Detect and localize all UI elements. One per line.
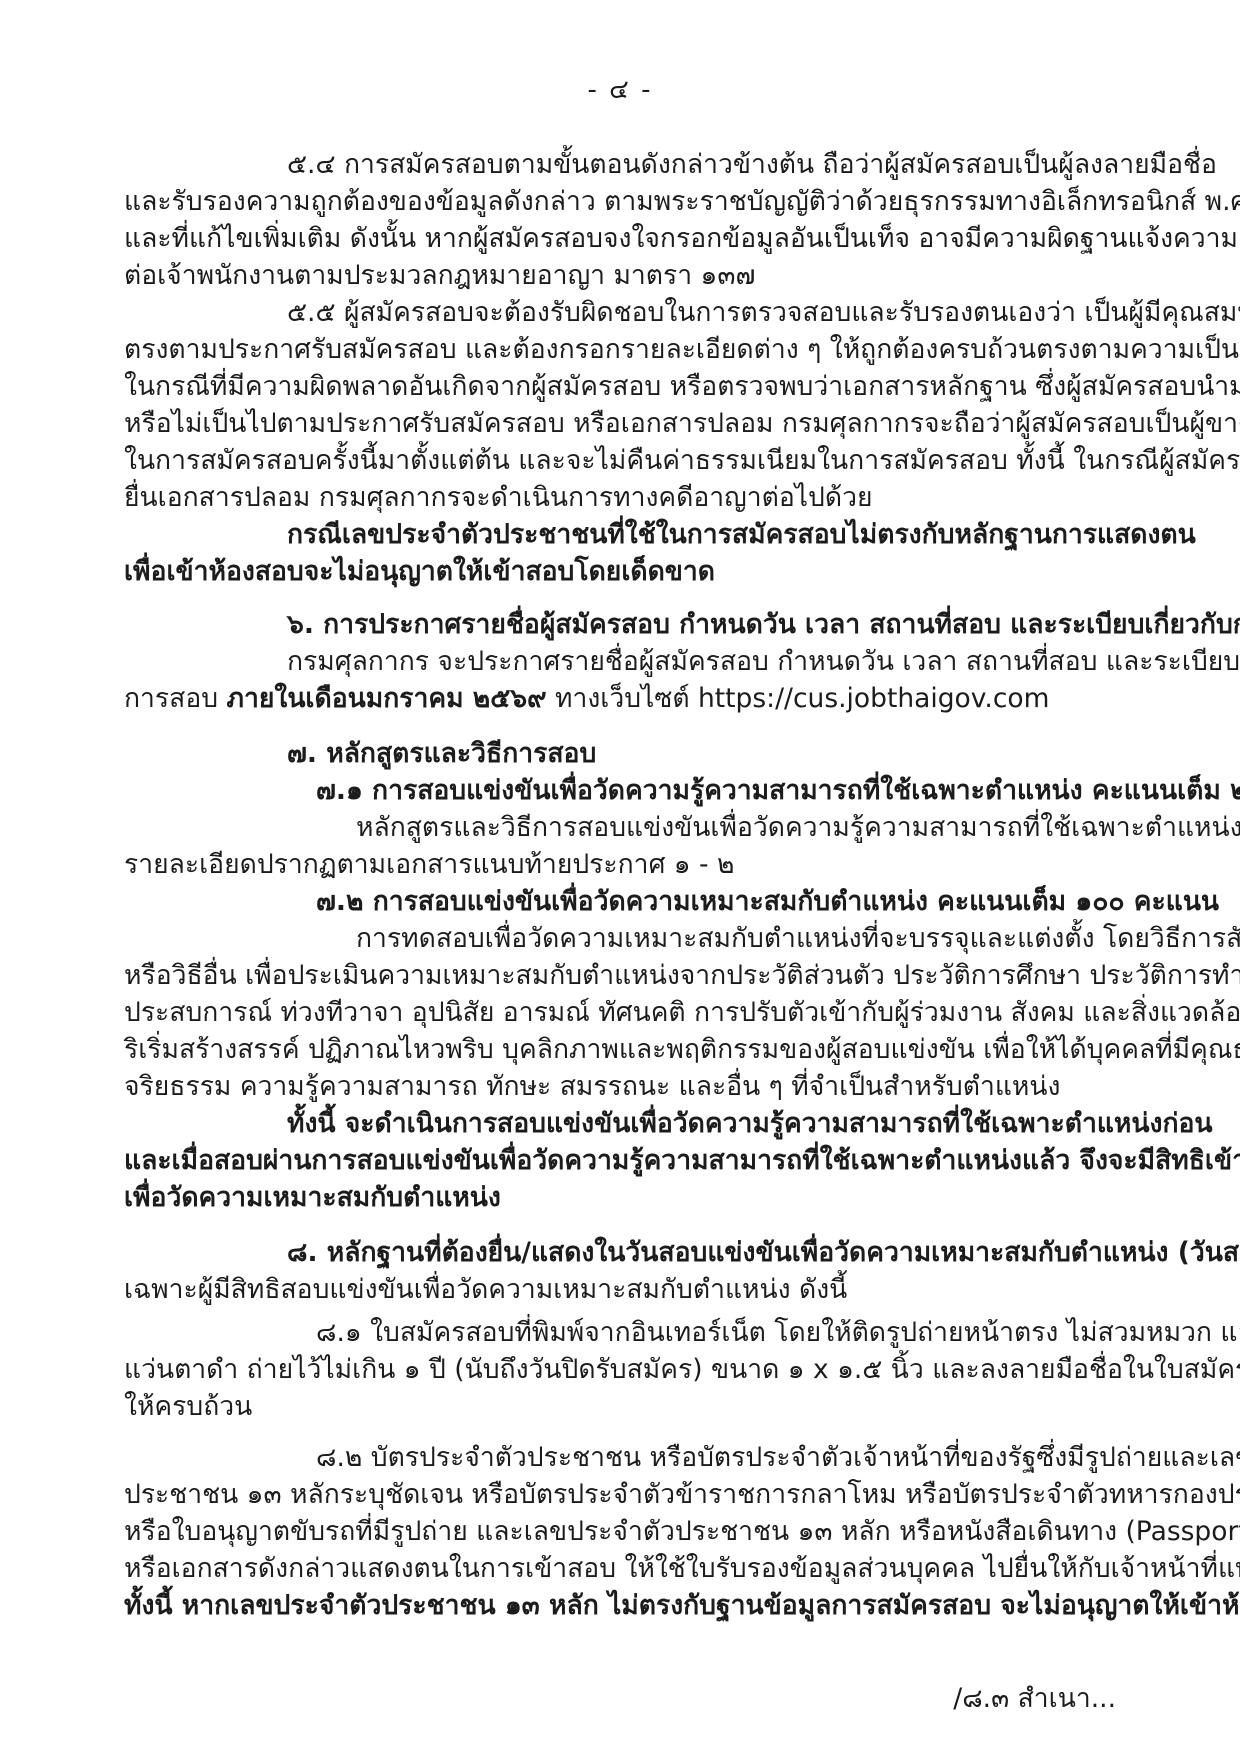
text-segment: หลักสูตรและวิธีการสอบแข่งขันเพื่อวัดความ… [356,812,1240,843]
document-line: ๕.๕ ผู้สมัครสอบจะต้องรับผิดชอบในการตรวจส… [124,294,1116,331]
document-line: ในการสมัครสอบครั้งนี้มาตั้งแต่ต้น และจะไ… [124,442,1116,479]
text-segment: ตรงตามประกาศรับสมัครสอบ และต้องกรอกรายละ… [124,334,1240,365]
document-content: - ๔ - ๕.๔ การสมัครสอบตามขั้นตอนดังกล่าวข… [0,0,1240,1624]
document-line: ทั้งนี้ หากเลขประจำตัวประชาชน ๑๓ หลัก ไม… [124,1587,1116,1624]
text-segment: ๖. การประกาศรายชื่อผู้สมัครสอบ กำหนดวัน … [287,609,1240,640]
text-segment: ประสบการณ์ ท่วงทีวาจา อุปนิสัย อารมณ์ ทั… [124,997,1240,1028]
document-line: ต่อเจ้าพนักงานตามประมวลกฎหมายอาญา มาตรา … [124,257,1116,294]
text-segment: ๕.๔ การสมัครสอบตามขั้นตอนดังกล่าวข้างต้น… [287,149,1217,180]
document-line: และที่แก้ไขเพิ่มเติม ดังนั้น หากผู้สมัคร… [124,220,1116,257]
text-segment: หรือเอกสารดังกล่าวแสดงตนในการเข้าสอบ ให้… [124,1553,1240,1584]
text-segment: หรือไม่เป็นไปตามประกาศรับสมัครสอบ หรือเอ… [124,408,1240,439]
text-segment: ภายในเดือนมกราคม ๒๕๖๙ [227,683,547,714]
document-line: เพื่อเข้าห้องสอบจะไม่อนุญาตให้เข้าสอบโดย… [124,553,1116,590]
document-line: ยื่นเอกสารปลอม กรมศุลกากรจะดำเนินการทางค… [124,479,1116,516]
text-segment: ในกรณีที่มีความผิดพลาดอันเกิดจากผู้สมัคร… [124,371,1240,402]
text-segment: ๘.๒ บัตรประจำตัวประชาชน หรือบัตรประจำตัว… [316,1442,1240,1473]
text-segment: ต่อเจ้าพนักงานตามประมวลกฎหมายอาญา มาตรา … [124,260,755,291]
document-body: ๕.๔ การสมัครสอบตามขั้นตอนดังกล่าวข้างต้น… [124,146,1116,1624]
document-line: ๘.๒ บัตรประจำตัวประชาชน หรือบัตรประจำตัว… [124,1439,1116,1476]
text-segment: ๘. หลักฐานที่ต้องยื่น/แสดงในวันสอบแข่งขั… [287,1237,1240,1268]
document-line: ให้ครบถ้วน [124,1388,1116,1425]
text-segment: รายละเอียดปรากฏตามเอกสารแนบท้ายประกาศ ๑ … [124,849,735,880]
document-line: ๘.๑ ใบสมัครสอบที่พิมพ์จากอินเทอร์เน็ต โด… [124,1314,1116,1351]
document-line: หลักสูตรและวิธีการสอบแข่งขันเพื่อวัดความ… [124,809,1116,846]
text-segment: ประชาชน ๑๓ หลักระบุชัดเจน หรือบัตรประจำต… [124,1479,1240,1510]
text-segment: แว่นตาดำ ถ่ายไว้ไม่เกิน ๑ ปี (นับถึงวันป… [124,1354,1240,1385]
document-line: จริยธรรม ความรู้ความสามารถ ทักษะ สมรรถนะ… [124,1068,1116,1105]
text-segment: กรมศุลกากร จะประกาศรายชื่อผู้สมัครสอบ กำ… [287,646,1240,677]
document-line: หรือใบอนุญาตขับรถที่มีรูปถ่าย และเลขประจ… [124,1513,1116,1550]
text-segment: และที่แก้ไขเพิ่มเติม ดังนั้น หากผู้สมัคร… [124,223,1240,254]
document-line: เฉพาะผู้มีสิทธิสอบแข่งขันเพื่อวัดความเหม… [124,1271,1116,1308]
text-segment: เพื่อเข้าห้องสอบจะไม่อนุญาตให้เข้าสอบโดย… [124,556,715,587]
text-segment: หรือวิธีอื่น เพื่อประเมินความเหมาะสมกับต… [124,960,1240,991]
text-segment: ๗.๑ การสอบแข่งขันเพื่อวัดความรู้ความสามา… [316,775,1240,806]
page-number: - ๔ - [124,70,1116,110]
document-line: การสอบ ภายในเดือนมกราคม ๒๕๖๙ ทางเว็บไซต์… [124,680,1116,717]
text-segment: การทดสอบเพื่อวัดความเหมาะสมกับตำแหน่งที่… [356,923,1240,954]
text-segment: ริเริ่มสร้างสรรค์ ปฏิภาณไหวพริบ บุคลิกภา… [124,1034,1240,1065]
document-line: หรือไม่เป็นไปตามประกาศรับสมัครสอบ หรือเอ… [124,405,1116,442]
text-segment: หรือใบอนุญาตขับรถที่มีรูปถ่าย และเลขประจ… [124,1516,1240,1547]
document-line: ประสบการณ์ ท่วงทีวาจา อุปนิสัย อารมณ์ ทั… [124,994,1116,1031]
text-segment: จริยธรรม ความรู้ความสามารถ ทักษะ สมรรถนะ… [124,1071,1060,1102]
text-segment: ๘.๑ ใบสมัครสอบที่พิมพ์จากอินเทอร์เน็ต โด… [316,1317,1240,1348]
website-url: https://cus.jobthaigov.com [698,683,1049,714]
document-line: ริเริ่มสร้างสรรค์ ปฏิภาณไหวพริบ บุคลิกภา… [124,1031,1116,1068]
text-segment: ทั้งนี้ จะดำเนินการสอบแข่งขันเพื่อวัดควา… [287,1108,1213,1139]
text-segment: ยื่นเอกสารปลอม กรมศุลกากรจะดำเนินการทางค… [124,482,873,513]
text-segment: กรณีเลขประจำตัวประชาชนที่ใช้ในการสมัครสอ… [287,519,1196,550]
document-line: ๕.๔ การสมัครสอบตามขั้นตอนดังกล่าวข้างต้น… [124,146,1116,183]
document-line: หรือเอกสารดังกล่าวแสดงตนในการเข้าสอบ ให้… [124,1550,1116,1587]
document-line: ประชาชน ๑๓ หลักระบุชัดเจน หรือบัตรประจำต… [124,1476,1116,1513]
text-segment: ๗.๒ การสอบแข่งขันเพื่อวัดความเหมาะสมกับต… [316,886,1219,917]
continuation-note: /๘.๓ สำเนา... [953,1682,1116,1716]
document-line: หรือวิธีอื่น เพื่อประเมินความเหมาะสมกับต… [124,957,1116,994]
document-page: - ๔ - ๕.๔ การสมัครสอบตามขั้นตอนดังกล่าวข… [0,0,1240,1754]
text-segment: การสอบ [124,683,227,714]
document-line: ๖. การประกาศรายชื่อผู้สมัครสอบ กำหนดวัน … [124,606,1116,643]
text-segment: ในการสมัครสอบครั้งนี้มาตั้งแต่ต้น และจะไ… [124,445,1240,476]
text-segment: และเมื่อสอบผ่านการสอบแข่งขันเพื่อวัดความ… [124,1145,1240,1176]
text-segment: เฉพาะผู้มีสิทธิสอบแข่งขันเพื่อวัดความเหม… [124,1274,847,1305]
document-line: การทดสอบเพื่อวัดความเหมาะสมกับตำแหน่งที่… [124,920,1116,957]
text-segment: ๕.๕ ผู้สมัครสอบจะต้องรับผิดชอบในการตรวจส… [287,297,1240,328]
document-line: ๗. หลักสูตรและวิธีการสอบ [124,735,1116,772]
document-line: กรมศุลกากร จะประกาศรายชื่อผู้สมัครสอบ กำ… [124,643,1116,680]
document-line: ๗.๑ การสอบแข่งขันเพื่อวัดความรู้ความสามา… [124,772,1116,809]
text-segment: ทางเว็บไซต์ [547,683,698,714]
document-line: เพื่อวัดความเหมาะสมกับตำแหน่ง [124,1179,1116,1216]
document-line: ๗.๒ การสอบแข่งขันเพื่อวัดความเหมาะสมกับต… [124,883,1116,920]
document-line: ตรงตามประกาศรับสมัครสอบ และต้องกรอกรายละ… [124,331,1116,368]
text-segment: ให้ครบถ้วน [124,1391,252,1422]
document-line: ๘. หลักฐานที่ต้องยื่น/แสดงในวันสอบแข่งขั… [124,1234,1116,1271]
text-segment: ทั้งนี้ หากเลขประจำตัวประชาชน ๑๓ หลัก ไม… [124,1590,1240,1621]
text-segment: ๗. หลักสูตรและวิธีการสอบ [287,738,596,769]
document-line: ทั้งนี้ จะดำเนินการสอบแข่งขันเพื่อวัดควา… [124,1105,1116,1142]
text-segment: เพื่อวัดความเหมาะสมกับตำแหน่ง [124,1182,501,1213]
document-line: แว่นตาดำ ถ่ายไว้ไม่เกิน ๑ ปี (นับถึงวันป… [124,1351,1116,1388]
document-line: รายละเอียดปรากฏตามเอกสารแนบท้ายประกาศ ๑ … [124,846,1116,883]
document-line: กรณีเลขประจำตัวประชาชนที่ใช้ในการสมัครสอ… [124,516,1116,553]
document-line: และเมื่อสอบผ่านการสอบแข่งขันเพื่อวัดความ… [124,1142,1116,1179]
document-line: และรับรองความถูกต้องของข้อมูลดังกล่าว ตา… [124,183,1116,220]
document-line: ในกรณีที่มีความผิดพลาดอันเกิดจากผู้สมัคร… [124,368,1116,405]
text-segment: และรับรองความถูกต้องของข้อมูลดังกล่าว ตา… [124,186,1240,217]
